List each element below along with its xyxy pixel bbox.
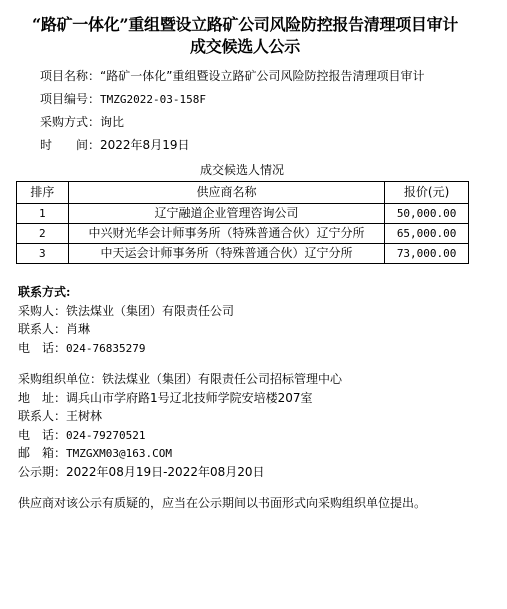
time-value: 2022年8月19日 [100, 138, 189, 152]
address-label: 地 址： [18, 391, 66, 405]
time-row: 时 间：2022年8月19日 [40, 135, 424, 158]
supplier-cell: 中天运会计师事务所（特殊普通合伙）辽宁分所 [68, 244, 385, 264]
agency-phone-value: 024-79270521 [66, 429, 145, 442]
candidates-table: 排序 供应商名称 报价(元) 1 辽宁融道企业管理咨询公司 50,000.00 … [16, 181, 469, 264]
email-label: 邮 箱： [18, 446, 66, 460]
header-price: 报价(元) [385, 182, 469, 204]
period-label: 公示期： [18, 465, 66, 479]
purchaser-contact-row: 联系人：肖琳 [18, 320, 426, 339]
purchaser-value: 铁法煤业（集团）有限责任公司 [66, 304, 234, 318]
contact-heading: 联系方式: [18, 283, 426, 302]
spacer [18, 481, 426, 494]
price-cell: 65,000.00 [385, 224, 469, 244]
project-no-row: 项目编号：TMZG2022-03-158F [40, 89, 424, 112]
page-title: “路矿一体化”重组暨设立路矿公司风险防控报告清理项目审计 [0, 15, 490, 35]
rank-cell: 3 [17, 244, 69, 264]
price-cell: 73,000.00 [385, 244, 469, 264]
agency-contact-label: 联系人： [18, 409, 66, 423]
supplier-cell: 辽宁融道企业管理咨询公司 [68, 204, 385, 224]
method-value: 询比 [100, 115, 124, 129]
period-row: 公示期：2022年08月19日-2022年08月20日 [18, 463, 426, 482]
agency-contact-row: 联系人：王树林 [18, 407, 426, 426]
supplier-cell: 中兴财光华会计师事务所（特殊普通合伙）辽宁分所 [68, 224, 385, 244]
rank-cell: 2 [17, 224, 69, 244]
agency-row: 采购组织单位：铁法煤业（集团）有限责任公司招标管理中心 [18, 370, 426, 389]
spacer [18, 357, 426, 370]
project-no-label: 项目编号： [40, 92, 100, 106]
project-info: 项目名称：“路矿一体化”重组暨设立路矿公司风险防控报告清理项目审计 项目编号：T… [40, 66, 424, 158]
address-value: 调兵山市学府路1号辽北技师学院安培楼207室 [66, 391, 313, 405]
purchaser-phone-row: 电 话：024-76835279 [18, 339, 426, 358]
purchaser-contact-label: 联系人： [18, 322, 66, 336]
agency-label: 采购组织单位： [18, 372, 102, 386]
agency-value: 铁法煤业（集团）有限责任公司招标管理中心 [102, 372, 342, 386]
period-value: 2022年08月19日-2022年08月20日 [66, 465, 265, 479]
table-header-row: 排序 供应商名称 报价(元) [17, 182, 469, 204]
header-rank: 排序 [17, 182, 69, 204]
page-subtitle: 成交候选人公示 [0, 37, 490, 57]
table-caption: 成交候选人情况 [16, 162, 468, 178]
table-row: 2 中兴财光华会计师事务所（特殊普通合伙）辽宁分所 65,000.00 [17, 224, 469, 244]
purchaser-phone-value: 024-76835279 [66, 342, 145, 355]
method-label: 采购方式： [40, 115, 100, 129]
address-row: 地 址：调兵山市学府路1号辽北技师学院安培楼207室 [18, 389, 426, 408]
project-name-row: 项目名称：“路矿一体化”重组暨设立路矿公司风险防控报告清理项目审计 [40, 66, 424, 89]
agency-phone-label: 电 话： [18, 428, 66, 442]
project-no-value: TMZG2022-03-158F [100, 93, 206, 106]
purchaser-phone-label: 电 话： [18, 341, 66, 355]
agency-phone-row: 电 话：024-79270521 [18, 426, 426, 445]
email-value[interactable]: TMZGXM03@163.COM [66, 447, 172, 460]
time-label: 时 间： [40, 138, 100, 152]
contact-section: 联系方式: 采购人：铁法煤业（集团）有限责任公司 联系人：肖琳 电 话：024-… [18, 283, 426, 513]
purchaser-contact-value: 肖琳 [66, 322, 90, 336]
notice-text: 供应商对该公示有质疑的，应当在公示期间以书面形式向采购组织单位提出。 [18, 494, 426, 513]
project-name-value: “路矿一体化”重组暨设立路矿公司风险防控报告清理项目审计 [100, 69, 424, 83]
purchaser-row: 采购人：铁法煤业（集团）有限责任公司 [18, 302, 426, 321]
header-supplier: 供应商名称 [68, 182, 385, 204]
project-name-label: 项目名称： [40, 69, 100, 83]
method-row: 采购方式：询比 [40, 112, 424, 135]
agency-contact-value: 王树林 [66, 409, 102, 423]
price-cell: 50,000.00 [385, 204, 469, 224]
table-row: 1 辽宁融道企业管理咨询公司 50,000.00 [17, 204, 469, 224]
rank-cell: 1 [17, 204, 69, 224]
table-row: 3 中天运会计师事务所（特殊普通合伙）辽宁分所 73,000.00 [17, 244, 469, 264]
email-row: 邮 箱：TMZGXM03@163.COM [18, 444, 426, 463]
purchaser-label: 采购人： [18, 304, 66, 318]
